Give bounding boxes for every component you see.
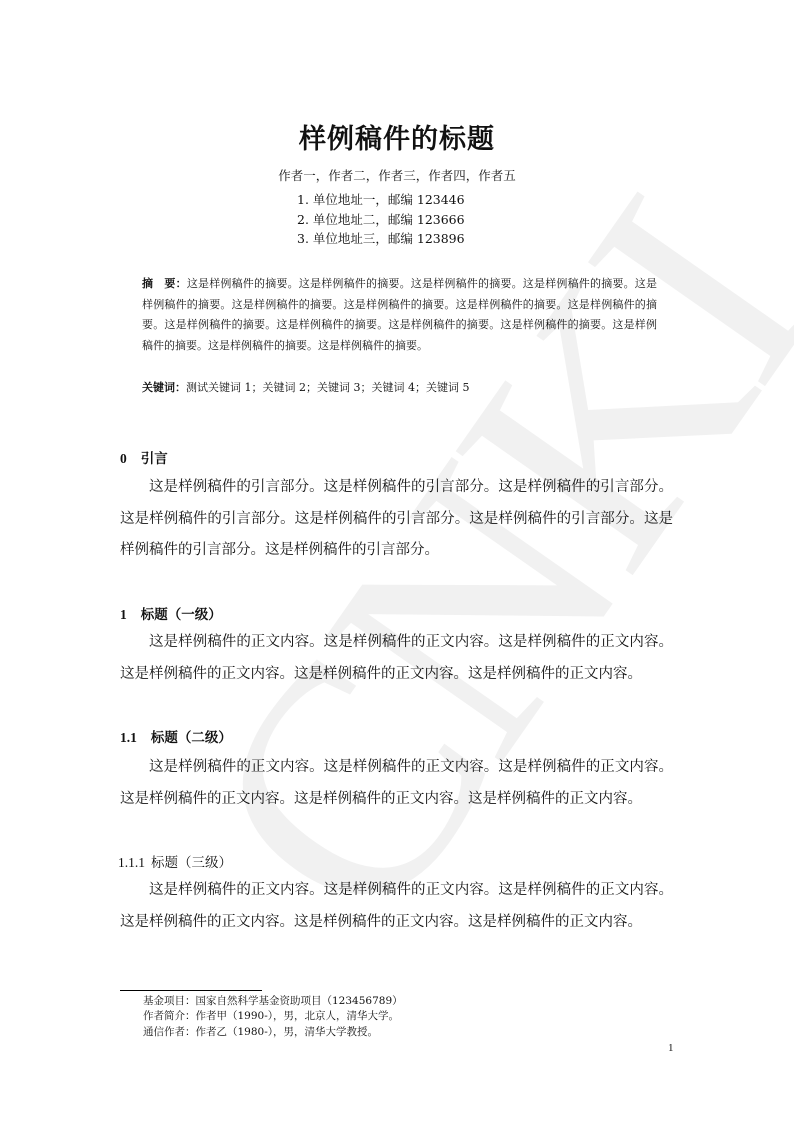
section-title: 引言	[141, 451, 168, 467]
page-number: 1	[668, 1042, 674, 1054]
affiliation-item: 3. 单位地址三，邮编 123896	[297, 229, 465, 249]
footnote-divider	[120, 990, 262, 991]
keywords: 关键词：测试关键词 1；关键词 2；关键词 3；关键词 4；关键词 5	[142, 379, 469, 395]
keywords-label: 关键词：	[142, 381, 186, 394]
subsection-heading: 1.1标题（二级）	[120, 726, 232, 746]
section-heading: 0引言	[120, 447, 168, 467]
keywords-text: 测试关键词 1；关键词 2；关键词 3；关键词 4；关键词 5	[186, 381, 469, 394]
section-number: 0	[120, 451, 127, 466]
section-heading: 1标题（一级）	[120, 603, 222, 623]
footnote-author-bio: 作者简介：作者甲（1990-），男，北京人，清华大学。	[143, 1009, 403, 1024]
section-paragraph: 这是样例稿件的正文内容。这是样例稿件的正文内容。这是样例稿件的正文内容。这是样例…	[120, 627, 673, 690]
author-list: 作者一，作者二，作者三，作者四，作者五	[0, 166, 794, 184]
affiliation-item: 2. 单位地址二，邮编 123666	[297, 210, 465, 230]
section-paragraph: 这是样例稿件的正文内容。这是样例稿件的正文内容。这是样例稿件的正文内容。这是样例…	[120, 752, 673, 815]
section-number: 1	[120, 607, 127, 622]
section-number: 1.1.1	[118, 855, 145, 870]
footnote-funding: 基金项目：国家自然科学基金资助项目（123456789）	[143, 994, 403, 1009]
section-title: 标题（一级）	[141, 607, 222, 623]
section-title: 标题（二级）	[151, 730, 232, 746]
abstract: 摘 要：这是样例稿件的摘要。这是样例稿件的摘要。这是样例稿件的摘要。这是样例稿件…	[142, 274, 657, 356]
abstract-label: 摘 要：	[142, 277, 187, 290]
footnotes: 基金项目：国家自然科学基金资助项目（123456789） 作者简介：作者甲（19…	[143, 994, 403, 1040]
abstract-text: 这是样例稿件的摘要。这是样例稿件的摘要。这是样例稿件的摘要。这是样例稿件的摘要。…	[142, 277, 657, 352]
paper-title: 样例稿件的标题	[0, 117, 794, 156]
affiliation-item: 1. 单位地址一，邮编 123446	[297, 190, 465, 210]
section-paragraph: 这是样例稿件的正文内容。这是样例稿件的正文内容。这是样例稿件的正文内容。这是样例…	[120, 875, 673, 938]
affiliation-list: 1. 单位地址一，邮编 123446 2. 单位地址二，邮编 123666 3.…	[297, 190, 465, 249]
footnote-corresponding-author: 通信作者：作者乙（1980-），男，清华大学教授。	[143, 1025, 403, 1040]
section-title: 标题（三级）	[151, 855, 232, 871]
section-number: 1.1	[120, 730, 137, 745]
subsubsection-heading: 1.1.1标题（三级）	[118, 851, 232, 871]
section-paragraph: 这是样例稿件的引言部分。这是样例稿件的引言部分。这是样例稿件的引言部分。这是样例…	[120, 472, 673, 567]
